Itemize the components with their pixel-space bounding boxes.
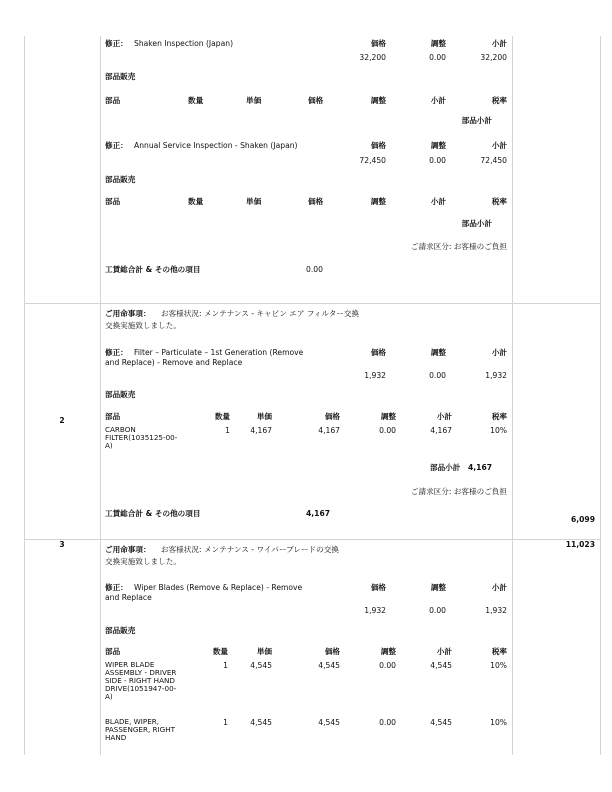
part-name: BLADE, WIPER, PASSENGER, RIGHT HAND (105, 718, 177, 742)
col-qty: 数量 (188, 96, 203, 106)
customer-notes-label: ご用命事項： (105, 545, 151, 555)
part-name: WIPER BLADE ASSEMBLY - DRIVER SIDE - RIG… (105, 661, 177, 701)
col-part: 部品 (105, 647, 120, 657)
col-tax: 税率 (467, 412, 507, 422)
table-border-left (24, 36, 25, 755)
adjust-header: 調整 (406, 39, 446, 49)
parts-subtotal-value: 4,167 (468, 463, 492, 473)
col-adjust: 調整 (346, 197, 386, 207)
parts-sales-heading: 部品販売 (105, 626, 135, 636)
part-subtotal: 4,545 (412, 718, 452, 728)
part-qty: 1 (188, 718, 228, 728)
parts-subtotal-label: 部品小計 (420, 116, 492, 126)
correction-price: 72,450 (336, 156, 386, 166)
col-adjust: 調整 (356, 412, 396, 422)
correction-title-line1: Filter – Particulate – 1st Generation (R… (134, 348, 303, 358)
table-border-right (600, 36, 601, 755)
price-header: 価格 (346, 583, 386, 593)
correction-label: 修正： (105, 39, 128, 49)
adjust-header: 調整 (406, 141, 446, 151)
col-subtotal: 小計 (406, 96, 446, 106)
price-header: 価格 (346, 141, 386, 151)
billing-category: ご請求区分: お客様のご負担 (357, 487, 507, 497)
correction-subtotal: 32,200 (457, 53, 507, 63)
col-price: 価格 (300, 647, 340, 657)
col-subtotal: 小計 (406, 197, 446, 207)
part-unit-price: 4,545 (232, 661, 272, 671)
parts-sales-heading: 部品販売 (105, 72, 135, 82)
adjust-header: 調整 (406, 583, 446, 593)
col-adjust: 調整 (356, 647, 396, 657)
part-name: CARBON FILTER(1035125-00-A) (105, 426, 180, 450)
correction-price: 32,200 (336, 53, 386, 63)
col-subtotal: 小計 (412, 647, 452, 657)
correction-subtotal: 1,932 (457, 606, 507, 616)
part-tax: 10% (467, 426, 507, 436)
customer-notes-text: お客様状況: メンテナンス - キャビン エア フィルター交換 (161, 309, 359, 319)
parts-sales-heading: 部品販売 (105, 175, 135, 185)
customer-notes-label: ご用命事項： (105, 309, 151, 319)
col-unit-price: 単価 (232, 412, 272, 422)
part-adjust: 0.00 (356, 426, 396, 436)
table-border-number-col (100, 36, 101, 755)
job-line-total: 11,023 (530, 540, 595, 550)
col-adjust: 調整 (346, 96, 386, 106)
col-qty: 数量 (190, 412, 230, 422)
correction-title-line2: and Replace (105, 593, 152, 603)
correction-title-line2: and Replace) - Remove and Replace (105, 358, 242, 368)
job-number: 3 (24, 540, 100, 550)
subtotal-header: 小計 (467, 39, 507, 49)
correction-adjust: 0.00 (406, 606, 446, 616)
labor-total-value: 0.00 (306, 265, 323, 275)
customer-notes-line2: 交換実施致しました。 (105, 321, 181, 331)
part-adjust: 0.00 (356, 661, 396, 671)
correction-label: 修正： (105, 141, 128, 151)
correction-title: Shaken Inspection (Japan) (134, 39, 233, 49)
job-line-total: 6,099 (530, 515, 595, 525)
part-price: 4,167 (300, 426, 340, 436)
part-unit-price: 4,167 (232, 426, 272, 436)
part-subtotal: 4,167 (412, 426, 452, 436)
col-unit-price: 単価 (232, 647, 272, 657)
col-unit-price: 単価 (246, 96, 261, 106)
col-qty: 数量 (188, 197, 203, 207)
labor-total-label: 工賃総合計 & その他の項目 (105, 265, 200, 275)
price-header: 価格 (346, 348, 386, 358)
correction-adjust: 0.00 (406, 53, 446, 63)
correction-subtotal: 1,932 (457, 371, 507, 381)
col-tax: 税率 (467, 96, 507, 106)
part-qty: 1 (188, 661, 228, 671)
row-divider (24, 539, 601, 540)
part-tax: 10% (467, 661, 507, 671)
job-number: 2 (24, 416, 100, 426)
col-part: 部品 (105, 96, 120, 106)
correction-title: Annual Service Inspection - Shaken (Japa… (134, 141, 298, 151)
col-tax: 税率 (467, 647, 507, 657)
customer-notes-text: お客様状況: メンテナンス - ワイパーブレードの交換 (161, 545, 339, 555)
correction-price: 1,932 (336, 371, 386, 381)
parts-subtotal-label: 部品小計 (430, 463, 460, 473)
correction-subtotal: 72,450 (457, 156, 507, 166)
subtotal-header: 小計 (467, 583, 507, 593)
correction-adjust: 0.00 (406, 371, 446, 381)
col-unit-price: 単価 (246, 197, 261, 207)
part-unit-price: 4,545 (232, 718, 272, 728)
labor-total-value: 4,167 (306, 509, 330, 519)
parts-subtotal-label: 部品小計 (420, 219, 492, 229)
row-divider (24, 303, 601, 304)
correction-label: 修正： (105, 348, 128, 358)
correction-title-line1: Wiper Blades (Remove & Replace) - Remove (134, 583, 302, 593)
billing-category: ご請求区分: お客様のご負担 (357, 242, 507, 252)
correction-label: 修正： (105, 583, 128, 593)
part-qty: 1 (190, 426, 230, 436)
price-header: 価格 (346, 39, 386, 49)
col-part: 部品 (105, 197, 120, 207)
col-price: 価格 (308, 197, 323, 207)
part-tax: 10% (467, 718, 507, 728)
subtotal-header: 小計 (467, 141, 507, 151)
col-qty: 数量 (188, 647, 228, 657)
part-adjust: 0.00 (356, 718, 396, 728)
customer-notes-line2: 交換実施致しました。 (105, 557, 181, 567)
part-price: 4,545 (300, 661, 340, 671)
col-price: 価格 (308, 96, 323, 106)
part-price: 4,545 (300, 718, 340, 728)
correction-price: 1,932 (336, 606, 386, 616)
col-subtotal: 小計 (412, 412, 452, 422)
subtotal-header: 小計 (467, 348, 507, 358)
col-part: 部品 (105, 412, 120, 422)
table-border-detail-col (512, 36, 513, 755)
adjust-header: 調整 (406, 348, 446, 358)
col-tax: 税率 (467, 197, 507, 207)
parts-sales-heading: 部品販売 (105, 390, 135, 400)
part-subtotal: 4,545 (412, 661, 452, 671)
labor-total-label: 工賃総合計 & その他の項目 (105, 509, 200, 519)
correction-adjust: 0.00 (406, 156, 446, 166)
col-price: 価格 (300, 412, 340, 422)
